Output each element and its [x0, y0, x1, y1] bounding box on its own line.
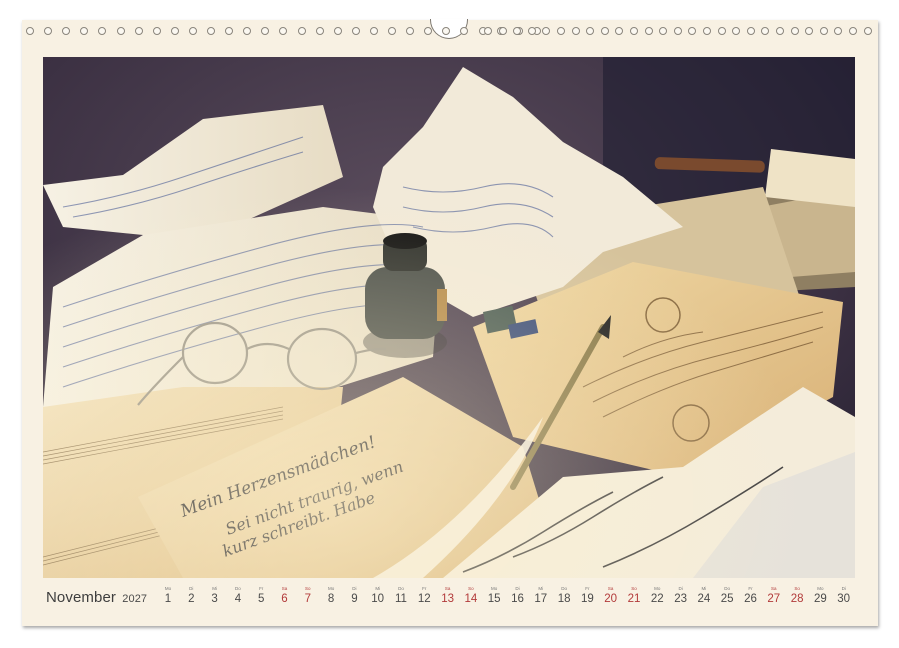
binding-hole — [864, 27, 872, 35]
day-number: 5 — [250, 592, 272, 606]
calendar-day-7: So7 — [297, 580, 319, 606]
day-number: 16 — [507, 592, 529, 606]
calendar-day-14: So14 — [460, 580, 482, 606]
calendar-day-29: Mo29 — [809, 580, 831, 606]
binding-hole — [499, 27, 507, 35]
binding-hole — [261, 27, 269, 35]
day-number: 25 — [716, 592, 738, 606]
binding-hole — [388, 27, 396, 35]
day-number: 26 — [740, 592, 762, 606]
calendar-day-5: Fr5 — [250, 580, 272, 606]
day-number: 21 — [623, 592, 645, 606]
binding-hole — [406, 27, 414, 35]
binding-hole — [370, 27, 378, 35]
binding-hole — [26, 27, 34, 35]
binding-hole — [189, 27, 197, 35]
binding-hole — [849, 27, 857, 35]
day-number: 3 — [204, 592, 226, 606]
day-number: 9 — [343, 592, 365, 606]
binding-hole — [586, 27, 594, 35]
day-number: 17 — [530, 592, 552, 606]
binding-hole — [630, 27, 638, 35]
calendar-day-3: Mi3 — [204, 580, 226, 606]
binding-hole — [761, 27, 769, 35]
day-number: 28 — [786, 592, 808, 606]
day-number: 11 — [390, 592, 412, 606]
day-number: 6 — [274, 592, 296, 606]
day-number: 7 — [297, 592, 319, 606]
calendar-day-18: Do18 — [553, 580, 575, 606]
binding-hole — [572, 27, 580, 35]
binding-hole — [117, 27, 125, 35]
calendar-day-28: So28 — [786, 580, 808, 606]
binding-hole — [80, 27, 88, 35]
day-number: 27 — [763, 592, 785, 606]
binding-hole — [688, 27, 696, 35]
binding-hole — [135, 27, 143, 35]
binding-hole — [615, 27, 623, 35]
calendar-day-30: Di30 — [833, 580, 855, 606]
calendar-day-24: Mi24 — [693, 580, 715, 606]
binding-hole — [528, 27, 536, 35]
binding-hole — [645, 27, 653, 35]
binding-hole — [424, 27, 432, 35]
binding-hole — [834, 27, 842, 35]
calendar-day-27: Sa27 — [763, 580, 785, 606]
day-number: 12 — [413, 592, 435, 606]
day-number: 18 — [553, 592, 575, 606]
binding-hole — [601, 27, 609, 35]
still-life-illustration: Mein Herzensmädchen! Sei nicht traurig, … — [43, 57, 855, 578]
day-number: 24 — [693, 592, 715, 606]
calendar-day-20: Sa20 — [600, 580, 622, 606]
calendar-day-13: Sa13 — [437, 580, 459, 606]
calendar-day-25: Do25 — [716, 580, 738, 606]
binding-hole — [460, 27, 468, 35]
binding-hole — [557, 27, 565, 35]
month-label: November 2027 — [46, 589, 147, 606]
binding-hole — [484, 27, 492, 35]
binding-hole — [718, 27, 726, 35]
calendar-day-4: Do4 — [227, 580, 249, 606]
calendar-day-17: Mi17 — [530, 580, 552, 606]
binding-hole — [674, 27, 682, 35]
binding-hole — [791, 27, 799, 35]
calendar-day-23: Di23 — [670, 580, 692, 606]
binding-hole — [207, 27, 215, 35]
calendar-photo: Mein Herzensmädchen! Sei nicht traurig, … — [43, 57, 855, 578]
binding-hole — [44, 27, 52, 35]
day-number: 15 — [483, 592, 505, 606]
binding-hole — [298, 27, 306, 35]
day-number: 8 — [320, 592, 342, 606]
day-number: 10 — [367, 592, 389, 606]
binding-hole — [316, 27, 324, 35]
day-number: 22 — [646, 592, 668, 606]
binding-hole — [732, 27, 740, 35]
day-number: 2 — [180, 592, 202, 606]
binding-hole — [279, 27, 287, 35]
binding-hole — [153, 27, 161, 35]
day-number: 30 — [833, 592, 855, 606]
wire-binding — [22, 20, 878, 44]
binding-hole — [805, 27, 813, 35]
calendar-day-26: Fr26 — [740, 580, 762, 606]
binding-hole — [542, 27, 550, 35]
calendar-day-8: Mo8 — [320, 580, 342, 606]
calendar-day-2: Di2 — [180, 580, 202, 606]
calendar-day-10: Mi10 — [367, 580, 389, 606]
calendar-day-22: Mo22 — [646, 580, 668, 606]
day-number: 14 — [460, 592, 482, 606]
binding-hole — [243, 27, 251, 35]
day-number: 29 — [809, 592, 831, 606]
calendar-page: Mein Herzensmädchen! Sei nicht traurig, … — [22, 20, 878, 626]
binding-hole — [98, 27, 106, 35]
calendar-day-11: Do11 — [390, 580, 412, 606]
binding-hole — [225, 27, 233, 35]
calendar-day-9: Di9 — [343, 580, 365, 606]
calendar-day-1: Mo1 — [157, 580, 179, 606]
calendar-day-6: Sa6 — [274, 580, 296, 606]
calendar-strip: November 2027 Mo1Di2Mi3Do4Fr5Sa6So7Mo8Di… — [22, 580, 878, 626]
day-number: 4 — [227, 592, 249, 606]
calendar-day-16: Di16 — [507, 580, 529, 606]
binding-hole — [776, 27, 784, 35]
day-number: 1 — [157, 592, 179, 606]
calendar-day-19: Fr19 — [576, 580, 598, 606]
calendar-day-12: Fr12 — [413, 580, 435, 606]
calendar-day-21: So21 — [623, 580, 645, 606]
binding-hole — [703, 27, 711, 35]
year-label: 2027 — [122, 593, 147, 605]
day-number: 23 — [670, 592, 692, 606]
binding-hole — [352, 27, 360, 35]
binding-hole — [62, 27, 70, 35]
binding-hole — [334, 27, 342, 35]
day-number: 19 — [576, 592, 598, 606]
binding-hole — [820, 27, 828, 35]
month-name: November — [46, 589, 116, 606]
binding-hole — [171, 27, 179, 35]
day-number: 20 — [600, 592, 622, 606]
calendar-day-15: Mo15 — [483, 580, 505, 606]
binding-hole — [659, 27, 667, 35]
binding-hole — [747, 27, 755, 35]
day-number: 13 — [437, 592, 459, 606]
